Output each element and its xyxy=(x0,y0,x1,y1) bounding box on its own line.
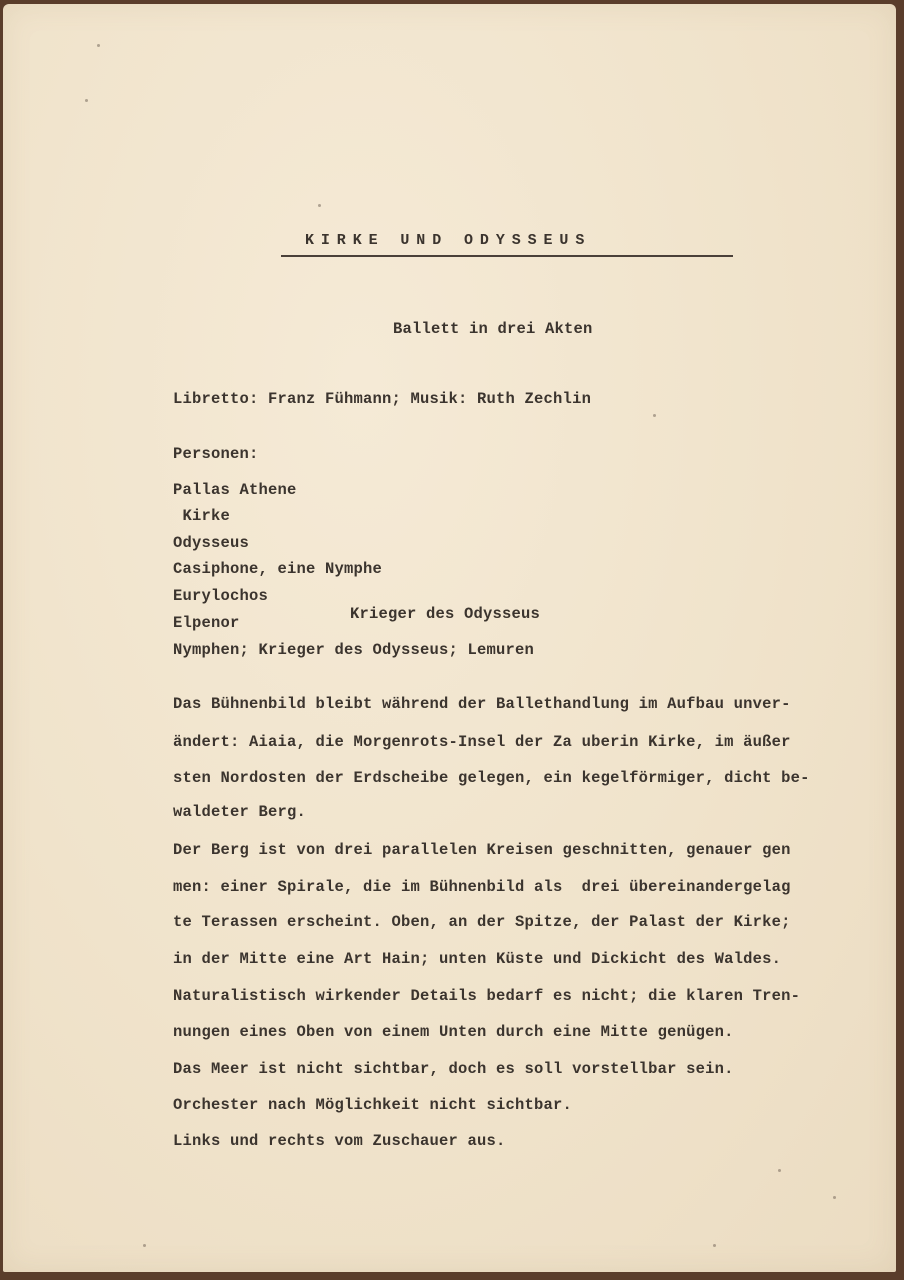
typewritten-page: KIRKE UND ODYSSEUS Ballett in drei Akten… xyxy=(3,4,896,1272)
body-line: men: einer Spirale, die im Bühnenbild al… xyxy=(173,880,791,896)
personen-heading: Personen: xyxy=(173,447,259,463)
list-item: Kirke xyxy=(173,509,230,525)
paper-speck xyxy=(833,1196,836,1199)
body-line: nungen eines Oben von einem Unten durch … xyxy=(173,1025,734,1041)
paper-speck xyxy=(143,1244,146,1247)
body-line: ändert: Aiaia, die Morgenrots-Insel der … xyxy=(173,735,791,751)
paper-speck xyxy=(778,1169,781,1172)
body-line: in der Mitte eine Art Hain; unten Küste … xyxy=(173,952,781,968)
body-line: Das Bühnenbild bleibt während der Ballet… xyxy=(173,697,791,713)
body-line: Das Meer ist nicht sichtbar, doch es sol… xyxy=(173,1062,734,1078)
paper-speck xyxy=(97,44,100,47)
personen-group-note: Krieger des Odysseus xyxy=(350,607,540,623)
credits-line: Libretto: Franz Fühmann; Musik: Ruth Zec… xyxy=(173,392,591,408)
paper-speck xyxy=(653,414,656,417)
list-item: Elpenor xyxy=(173,616,240,632)
body-line: sten Nordosten der Erdscheibe gelegen, e… xyxy=(173,771,810,787)
body-line: waldeter Berg. xyxy=(173,805,306,821)
list-item: Odysseus xyxy=(173,536,249,552)
body-line: Links und rechts vom Zuschauer aus. xyxy=(173,1134,506,1150)
list-item: Casiphone, eine Nymphe xyxy=(173,562,382,578)
list-item: Pallas Athene xyxy=(173,483,297,499)
body-line: Naturalistisch wirkender Details bedarf … xyxy=(173,989,800,1005)
paper-speck xyxy=(85,99,88,102)
list-item: Eurylochos xyxy=(173,589,268,605)
paper-speck xyxy=(318,204,321,207)
document-title: KIRKE UND ODYSSEUS xyxy=(281,232,733,257)
list-item: Nymphen; Krieger des Odysseus; Lemuren xyxy=(173,643,534,659)
body-line: Der Berg ist von drei parallelen Kreisen… xyxy=(173,843,791,859)
document-subtitle: Ballett in drei Akten xyxy=(393,322,593,338)
body-line: Orchester nach Möglichkeit nicht sichtba… xyxy=(173,1098,572,1114)
paper-speck xyxy=(713,1244,716,1247)
body-line: te Terassen erscheint. Oben, an der Spit… xyxy=(173,915,791,931)
